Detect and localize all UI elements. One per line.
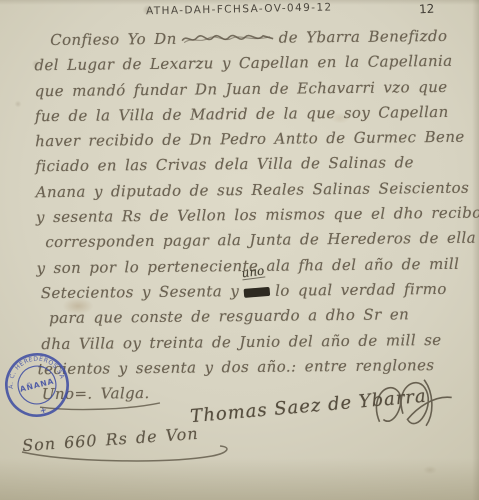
interline-insertion: uno [241, 264, 265, 280]
amount-underline-flourish-icon [16, 444, 241, 474]
manuscript-body: Confieso Yo Dnde Ybarra Benefizdo del Lu… [34, 24, 458, 408]
manuscript-page: ATHA-DAH-FCHSA-OV-049-12 12 Confieso Yo … [0, 0, 479, 500]
line-text: de Ybarra Benefizdo [279, 27, 448, 47]
manuscript-line: corresponden pagar ala Junta de Heredero… [45, 226, 456, 256]
stamp-cross-icon: + [39, 404, 48, 415]
folio-number: 12 [419, 2, 435, 17]
archive-reference: ATHA-DAH-FCHSA-OV-049-12 [146, 1, 366, 18]
stamp-center-text: AÑANA [19, 377, 55, 394]
manuscript-line: del Lugar de Lexarzu y Capellan en la Ca… [34, 49, 454, 79]
strikethrough-scribble-icon [180, 31, 276, 48]
line-text: Setecientos y Sesenta y [41, 282, 240, 302]
rubric-flourish-icon [366, 371, 466, 441]
line-text: lo qual verdad firmo [275, 280, 447, 300]
line-text: Confieso Yo Dn [50, 30, 177, 49]
ink-blot [244, 287, 271, 298]
crossed-out-word: uno [244, 279, 270, 305]
manuscript-line: para que conste de resguardo a dho Sr en [49, 302, 457, 332]
